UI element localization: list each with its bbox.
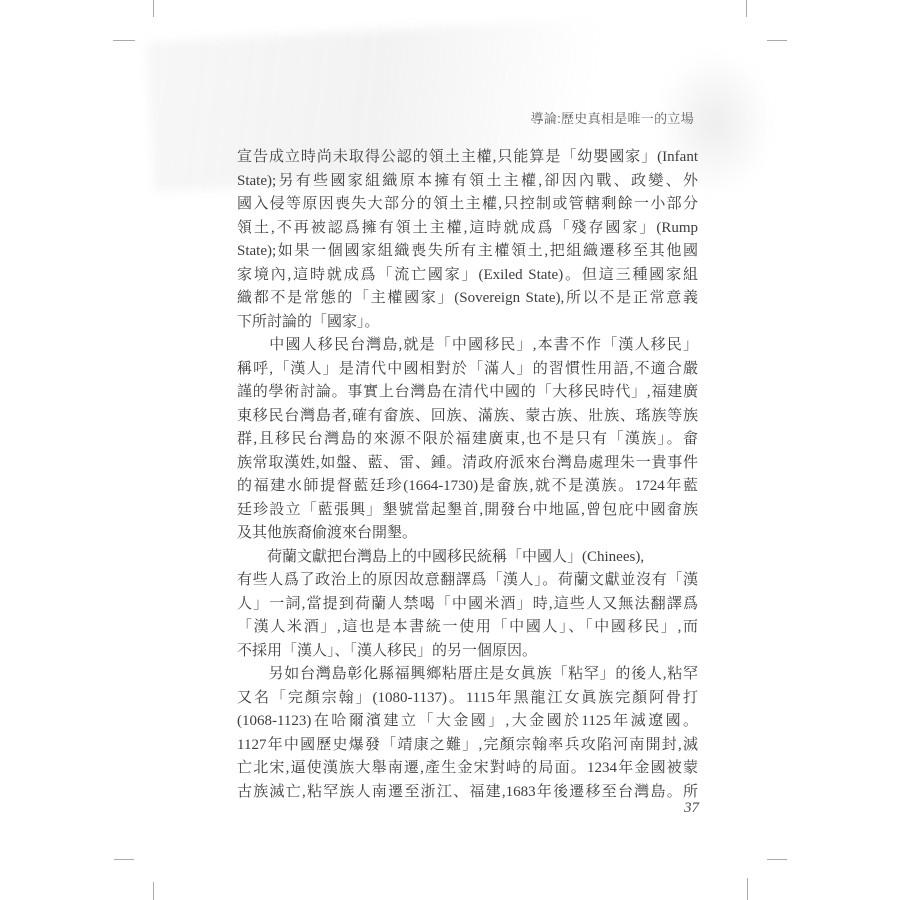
crop-mark-top-left-horizontal	[113, 40, 135, 41]
body-line: 中國人移民台灣島,就是「中國移民」,本書不作「漢人移民」	[237, 334, 698, 358]
body-text: 宣告成立時尚未取得公認的領土主權,只能算是「幼嬰國家」(InfantState)…	[237, 146, 698, 804]
body-line: 及其他族裔偷渡來台開墾。	[237, 522, 698, 546]
body-line: 東移民台灣島者,確有畲族、回族、滿族、蒙古族、壯族、瑤族等族	[237, 405, 698, 429]
crop-mark-bottom-right-horizontal	[767, 859, 787, 860]
body-line: 謹的學術討論。事實上台灣島在清代中國的「大移民時代」,福建廣	[237, 381, 698, 405]
body-line: 群,且移民台灣島的來源不限於福建廣東,也不是只有「漢族」。畲	[237, 428, 698, 452]
body-line: 另如台灣島彰化縣福興鄉粘厝庄是女眞族「粘罕」的後人,粘罕	[237, 663, 698, 687]
body-line: 1127年中國歷史爆發「靖康之難」,完顏宗翰率兵攻陷河南開封,滅	[237, 734, 698, 758]
body-line: 廷珍設立「藍張興」墾號當起墾首,開發台中地區,曾包庇中國畲族	[237, 499, 698, 523]
body-line: State);另有些國家組織原本擁有領土主權,卻因內戰、政變、外	[237, 170, 698, 194]
book-page: 導論:歷史真相是唯一的立場 宣告成立時尚未取得公認的領土主權,只能算是「幼嬰國家…	[0, 0, 900, 900]
crop-mark-top-right-horizontal	[767, 40, 787, 41]
body-line: 族常取漢姓,如盤、藍、雷、鍾。清政府派來台灣島處理朱一貴事件	[237, 452, 698, 476]
page-number: 37	[684, 800, 714, 817]
body-line: 荷蘭文獻把台灣島上的中國移民統稱「中國人」(Chinees),	[237, 546, 698, 570]
running-head: 導論:歷史真相是唯一的立場	[237, 108, 694, 127]
body-line: 稱呼,「漢人」是清代中國相對於「滿人」的習慣性用語,不適合嚴	[237, 358, 698, 382]
body-line: 古族滅亡,粘罕族人南遷至浙江、福建,1683年後遷移至台灣島。所	[237, 781, 698, 805]
body-line: 又名「完顏宗翰」(1080-1137)。1115年黑龍江女眞族完顏阿骨打	[237, 687, 698, 711]
body-line: (1068-1123)在哈爾濱建立「大金國」,大金國於1125年滅遼國。	[237, 710, 698, 734]
crop-mark-bottom-right-vertical	[747, 878, 748, 900]
body-line: 不採用「漢人」、「漢人移民」的另一個原因。	[237, 640, 698, 664]
body-line: 家境內,這時就成爲「流亡國家」(Exiled State)。但這三種國家組	[237, 264, 698, 288]
body-line: 領土,不再被認爲擁有領土主權,這時就成爲「殘存國家」(Rump	[237, 217, 698, 241]
body-line: 宣告成立時尚未取得公認的領土主權,只能算是「幼嬰國家」(Infant	[237, 146, 698, 170]
crop-mark-bottom-left-horizontal	[114, 859, 134, 860]
body-line: 的福建水師提督藍廷珍(1664-1730)是畲族,就不是漢族。1724年藍	[237, 475, 698, 499]
body-line: 亡北宋,逼使漢族大舉南遷,產生金宋對峙的局面。1234年金國被蒙	[237, 757, 698, 781]
body-line: State);如果一個國家組織喪失所有主權領土,把組織遷移至其他國	[237, 240, 698, 264]
body-line: 下所討論的「國家」。	[237, 311, 698, 335]
crop-mark-top-right-vertical	[746, 0, 747, 17]
crop-mark-bottom-left-vertical	[153, 882, 154, 900]
body-line: 織都不是常態的「主權國家」(Sovereign State),所以不是正常意義	[237, 287, 698, 311]
body-line: 國入侵等原因喪失大部分的領土主權,只控制或管轄剩餘一小部分	[237, 193, 698, 217]
body-line: 有些人爲了政治上的原因故意翻譯爲「漢人」。荷蘭文獻並沒有「漢	[237, 569, 698, 593]
body-line: 「漢人米酒」,這也是本書統一使用「中國人」、「中國移民」,而	[237, 616, 698, 640]
crop-mark-top-left-vertical	[153, 0, 154, 17]
body-line: 人」一詞,當提到荷蘭人禁喝「中國米酒」時,這些人又無法翻譯爲	[237, 593, 698, 617]
